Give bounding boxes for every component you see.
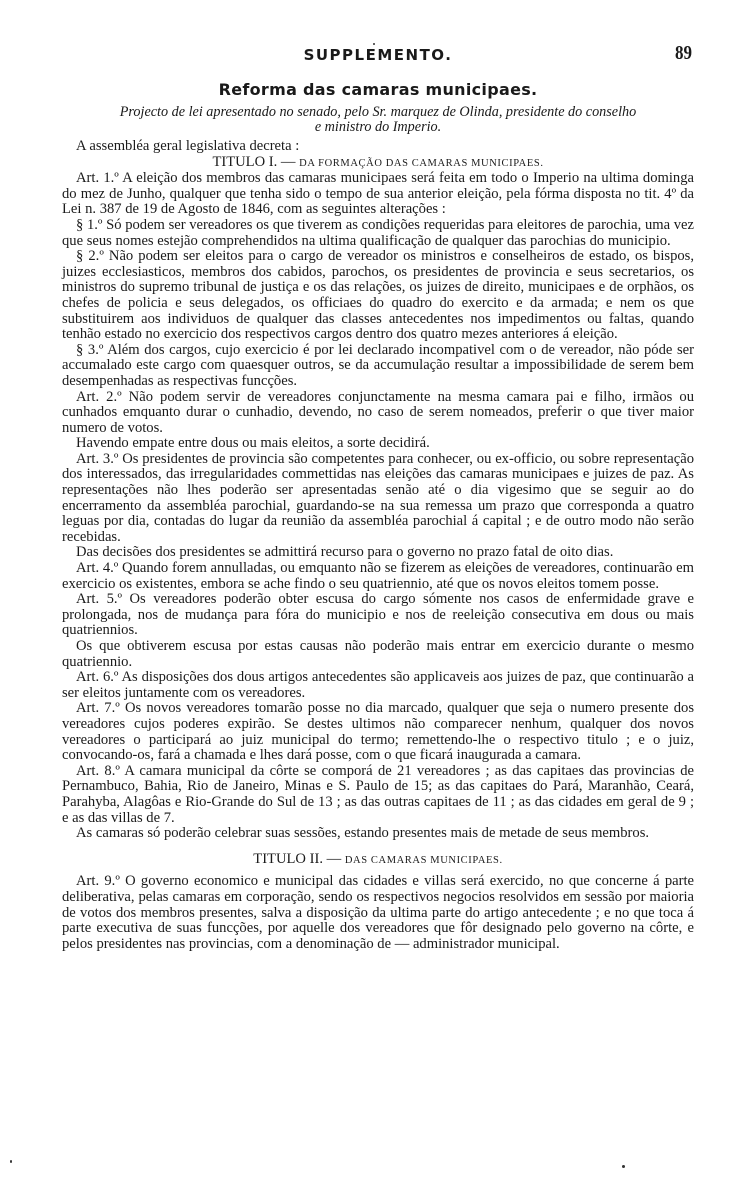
paragraph: Das decisões dos presidentes se admittir… xyxy=(62,545,694,561)
paragraph: As camaras só poderão celebrar suas sess… xyxy=(62,826,694,842)
running-title: SUPPLEMENTO. xyxy=(62,46,694,64)
subheading-line-1: Projecto de lei apresentado no senado, p… xyxy=(62,105,694,120)
scan-speck xyxy=(622,1165,625,1168)
paragraph: § 1.º Só podem ser vereadores os que tiv… xyxy=(62,218,694,249)
paragraph: Art. 5.º Os vereadores poderão obter esc… xyxy=(62,592,694,639)
preamble: A assembléa geral legislativa decreta : xyxy=(62,139,694,155)
paragraph: Art. 4.º Quando forem annulladas, ou emq… xyxy=(62,561,694,592)
titulo-2-heading: TITULO II. — das camaras municipaes. xyxy=(62,852,694,869)
page-number: 89 xyxy=(675,42,692,65)
paragraph: Art. 9.º O governo economico e municipal… xyxy=(62,874,694,952)
paragraph: Art. 6.º As disposições dos dous artigos… xyxy=(62,670,694,701)
paragraph: Art. 3.º Os presidentes de provincia são… xyxy=(62,452,694,546)
titulo-2-name: das camaras municipaes. xyxy=(345,855,503,866)
paragraph: Art. 1.º A eleição dos membros das camar… xyxy=(62,171,694,218)
scan-speck xyxy=(373,43,375,45)
subheading-line-2: e ministro do Imperio. xyxy=(62,120,694,135)
document-subheading: Projecto de lei apresentado no senado, p… xyxy=(62,105,694,135)
titulo-1-label: TITULO I. — xyxy=(212,154,299,170)
paragraph: Art. 8.º A camara municipal da côrte se … xyxy=(62,764,694,826)
titulo-1-name: da formação das camaras municipaes. xyxy=(299,158,543,169)
running-header: SUPPLEMENTO. 89 xyxy=(62,40,694,68)
paragraph: Havendo empate entre dous ou mais eleito… xyxy=(62,436,694,452)
paragraph: Art. 7.º Os novos vereadores tomarão pos… xyxy=(62,701,694,763)
paragraph: Art. 2.º Não podem servir de vereadores … xyxy=(62,390,694,437)
document-body: A assembléa geral legislativa decreta : … xyxy=(62,139,694,952)
document-page: SUPPLEMENTO. 89 Reforma das camaras muni… xyxy=(62,40,694,952)
paragraph: § 3.º Além dos cargos, cujo exercicio é … xyxy=(62,343,694,390)
titulo-2-label: TITULO II. — xyxy=(253,851,345,867)
titulo-1-heading: TITULO I. — da formação das camaras muni… xyxy=(62,155,694,172)
scan-speck xyxy=(10,1160,12,1163)
paragraph: § 2.º Não podem ser eleitos para o cargo… xyxy=(62,249,694,343)
paragraph: Os que obtiverem escusa por estas causas… xyxy=(62,639,694,670)
document-heading: Reforma das camaras municipaes. xyxy=(62,80,694,99)
